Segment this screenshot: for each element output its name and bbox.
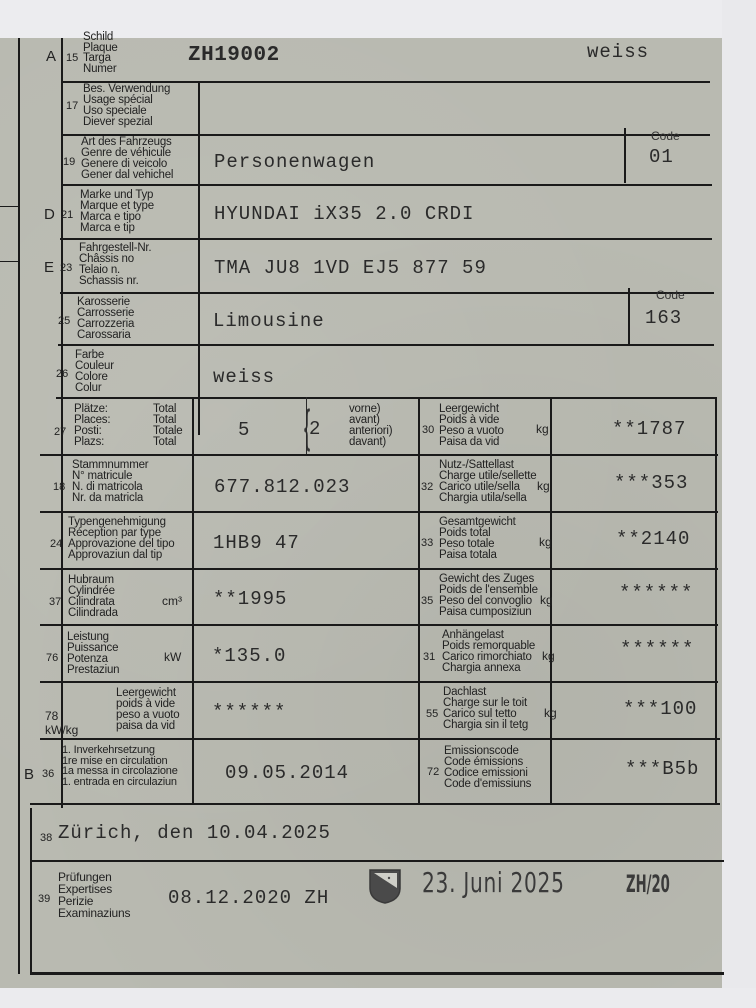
field-17-labels: Bes. VerwendungUsage spécialUso speciale… <box>83 84 170 128</box>
unit-cm3: cm³ <box>162 594 182 608</box>
field-21-labels: Marke und TypMarque et typeMarca e tipoM… <box>80 190 154 234</box>
field-78-labels: Leergewichtpoids à videpeso a vuotopaisa… <box>116 688 179 732</box>
seats-front: 2 <box>309 418 321 440</box>
unit-kg: kg <box>544 706 557 720</box>
code-label: Code <box>651 129 680 143</box>
margin-tick <box>0 206 19 207</box>
code-border <box>628 288 630 344</box>
photo-background-bottom <box>0 988 756 1008</box>
field-27-labels: Plätze:Places:Posti:Plazs: <box>74 404 110 448</box>
plate-number: ZH19002 <box>188 44 280 67</box>
make-model-value: HYUNDAI iX35 2.0 CRDI <box>214 203 474 225</box>
row-divider <box>40 511 718 513</box>
code-label: Code <box>656 288 685 302</box>
row-divider <box>58 344 714 346</box>
center-column-border <box>418 397 420 805</box>
row-divider <box>40 681 718 683</box>
field-26-labels: FarbeCouleurColoreColur <box>75 350 114 394</box>
total-weight-value: **2140 <box>616 528 690 550</box>
field-32-labels: Nutz-/SattellastCharge utile/selletteCar… <box>439 460 536 504</box>
field-33-labels: GesamtgewichtPoids totalPeso totalePaisa… <box>439 517 516 561</box>
seats-separator <box>306 397 307 454</box>
color-value: weiss <box>213 366 275 388</box>
unit-kg: kg <box>536 422 549 436</box>
field-30-labels: LeergewichtPoids à videPeso a vuotoPaisa… <box>439 404 504 448</box>
unit-kg: kg <box>540 593 553 607</box>
unit-kw: kW <box>164 650 181 664</box>
master-number-value: 677.812.023 <box>214 476 350 498</box>
row-divider <box>56 397 716 399</box>
field-25-labels: KarosserieCarrosserieCarrozzeriaCarossar… <box>77 297 134 341</box>
row-divider <box>60 292 714 294</box>
trailer-load-value: ****** <box>620 638 694 660</box>
field-37-labels: HubraumCylindréeCilindrataCilindrada <box>68 575 118 619</box>
unit-kg: kg <box>537 479 550 493</box>
inspection-stamp-code: ZH/20 <box>626 870 670 898</box>
margin-tick <box>0 261 19 262</box>
bottom-border <box>30 972 724 975</box>
registration-document: A D E B 15 SchildPlaqueTargaNumer ZH1900… <box>0 38 722 988</box>
plate-color: weiss <box>587 41 649 63</box>
section-letter-b: B <box>24 766 34 783</box>
field-15-labels: SchildPlaqueTargaNumer <box>83 32 118 74</box>
field-31-labels: AnhängelastPoids remorquableCarico rimor… <box>442 630 535 674</box>
emission-code-value: ***B5b <box>625 758 699 780</box>
inspection-stamp-date: 23. Juni 2025 <box>422 866 565 899</box>
vehicle-type-code: 01 <box>649 146 674 168</box>
unit-kg: kg <box>542 649 555 663</box>
photo-background-right <box>722 0 756 1008</box>
empty-weight-value: **1787 <box>612 418 686 440</box>
section-column-border <box>61 38 63 808</box>
seats-total: 5 <box>238 419 250 441</box>
field-18-labels: StammnummerN° matriculeN. di matricolaNr… <box>72 460 148 504</box>
row-divider <box>40 568 718 570</box>
vehicle-type-value: Personenwagen <box>214 151 375 173</box>
field-24-labels: TypengenehmigungRéception par typeApprov… <box>68 517 174 561</box>
section-letter-e: E <box>44 259 54 276</box>
roof-load-value: ***100 <box>623 698 697 720</box>
unit-kg: kg <box>539 535 552 549</box>
row-divider <box>60 238 712 240</box>
train-weight-value: ****** <box>619 582 693 604</box>
body-value: Limousine <box>213 310 325 332</box>
displacement-value: **1995 <box>213 588 287 610</box>
row-divider <box>40 454 718 456</box>
outer-border-left <box>18 38 20 974</box>
section-letter-d: D <box>44 206 55 223</box>
code-border <box>624 128 626 183</box>
field-27-total-labels: TotalTotalTotaleTotal <box>153 404 183 448</box>
type-approval-value: 1HB9 47 <box>213 532 300 554</box>
field-23-labels: Fahrgestell-Nr.Châssis noTelaio n.Schass… <box>79 243 151 287</box>
field-72-labels: EmissionscodeCode émissionsCodice emissi… <box>444 746 531 790</box>
payload-value: ***353 <box>614 472 688 494</box>
section-letter-a: A <box>46 48 56 65</box>
label-column-border-lower <box>192 397 194 805</box>
field-19-labels: Art des FahrzeugsGenre de véhiculeGenere… <box>81 137 173 181</box>
field-76-labels: LeistungPuissancePotenzaPrestaziun <box>67 632 119 676</box>
field-36-labels: 1. Inverkehrsetzung1re mise en circulati… <box>62 745 178 787</box>
chassis-number: TMA JU8 1VD EJ5 877 59 <box>214 257 487 279</box>
inspection-date: 08.12.2020 ZH <box>168 887 329 909</box>
power-weight-value: ****** <box>212 701 286 723</box>
field-35-labels: Gewicht des ZugesPoids de l'ensemblePeso… <box>439 574 538 618</box>
row-divider <box>40 738 720 740</box>
zurich-coat-of-arms-icon <box>368 868 402 904</box>
row-divider <box>40 624 718 626</box>
first-registration-date: 09.05.2014 <box>225 762 349 784</box>
row-divider <box>30 860 724 862</box>
issue-place-date: Zürich, den 10.04.2025 <box>58 822 331 844</box>
right-border <box>715 397 717 805</box>
row-divider <box>30 803 720 805</box>
row-divider <box>62 184 712 186</box>
field-27-front-labels: vorne)avant)anteriori)davant) <box>349 404 392 448</box>
lower-border-left <box>30 808 32 974</box>
field-39-labels: PrüfungenExpertisesPerizieExaminaziuns <box>58 871 130 919</box>
field-55-labels: DachlastCharge sur le toitCarico sul tet… <box>443 687 528 731</box>
body-code: 163 <box>645 307 682 329</box>
power-value: *135.0 <box>212 645 286 667</box>
